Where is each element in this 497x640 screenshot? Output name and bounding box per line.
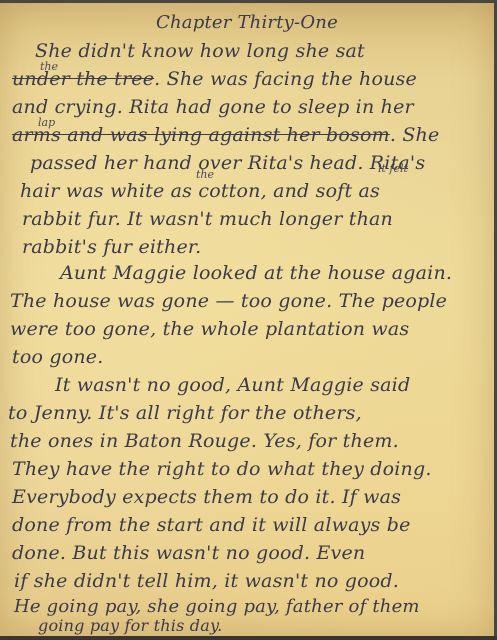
text-line-2: under the tree. She was facing the house bbox=[0, 68, 497, 90]
text-line-5: passed her hand over Rita's head. Rita's bbox=[0, 152, 497, 174]
text-line-21: He going pay, she going pay, father of t… bbox=[0, 596, 497, 617]
text-line-4: arms and was lying against her bosom. Sh… bbox=[0, 124, 497, 146]
text-line-11: were too gone, the whole plantation was bbox=[0, 318, 497, 340]
text-line-16: They have the right to do what they doin… bbox=[0, 458, 497, 480]
line-4-rest: . She bbox=[390, 124, 440, 146]
chapter-title: Chapter Thirty-One bbox=[0, 12, 494, 33]
text-line-19: done. But this wasn't no good. Even bbox=[0, 542, 497, 564]
text-line-1: She didn't know how long she sat bbox=[0, 40, 497, 62]
struck-text: arms and was lying against her bosom bbox=[12, 124, 390, 146]
scan-border-top bbox=[0, 0, 497, 3]
manuscript-page: Chapter Thirty-One She didn't know how l… bbox=[0, 0, 494, 636]
scan-border-bottom bbox=[0, 636, 497, 640]
text-line-9: Aunt Maggie looked at the house again. bbox=[0, 262, 497, 284]
text-line-7: rabbit fur. It wasn't much longer than bbox=[0, 208, 497, 230]
text-line-14: to Jenny. It's all right for the others, bbox=[0, 402, 497, 424]
text-line-17: Everybody expects them to do it. If was bbox=[0, 486, 497, 508]
text-line-20: if she didn't tell him, it wasn't no goo… bbox=[0, 570, 497, 592]
text-line-8: rabbit's fur either. bbox=[0, 236, 497, 258]
text-line-22: going pay for this day. bbox=[0, 616, 497, 635]
text-line-13: It wasn't no good, Aunt Maggie said bbox=[0, 374, 497, 396]
text-line-18: done from the start and it will always b… bbox=[0, 514, 497, 536]
struck-text: under the tree bbox=[12, 68, 154, 90]
text-line-15: the ones in Baton Rouge. Yes, for them. bbox=[0, 430, 497, 452]
text-line-3: and crying. Rita had gone to sleep in he… bbox=[0, 96, 497, 118]
text-line-6: hair was white as cotton, and soft as bbox=[0, 180, 497, 202]
text-line-12: too gone. bbox=[0, 346, 497, 368]
text-line-10: The house was gone — too gone. The peopl… bbox=[0, 290, 497, 312]
inserted-words-it-felt: it felt bbox=[378, 162, 408, 175]
line-2-rest: . She was facing the house bbox=[154, 68, 417, 90]
